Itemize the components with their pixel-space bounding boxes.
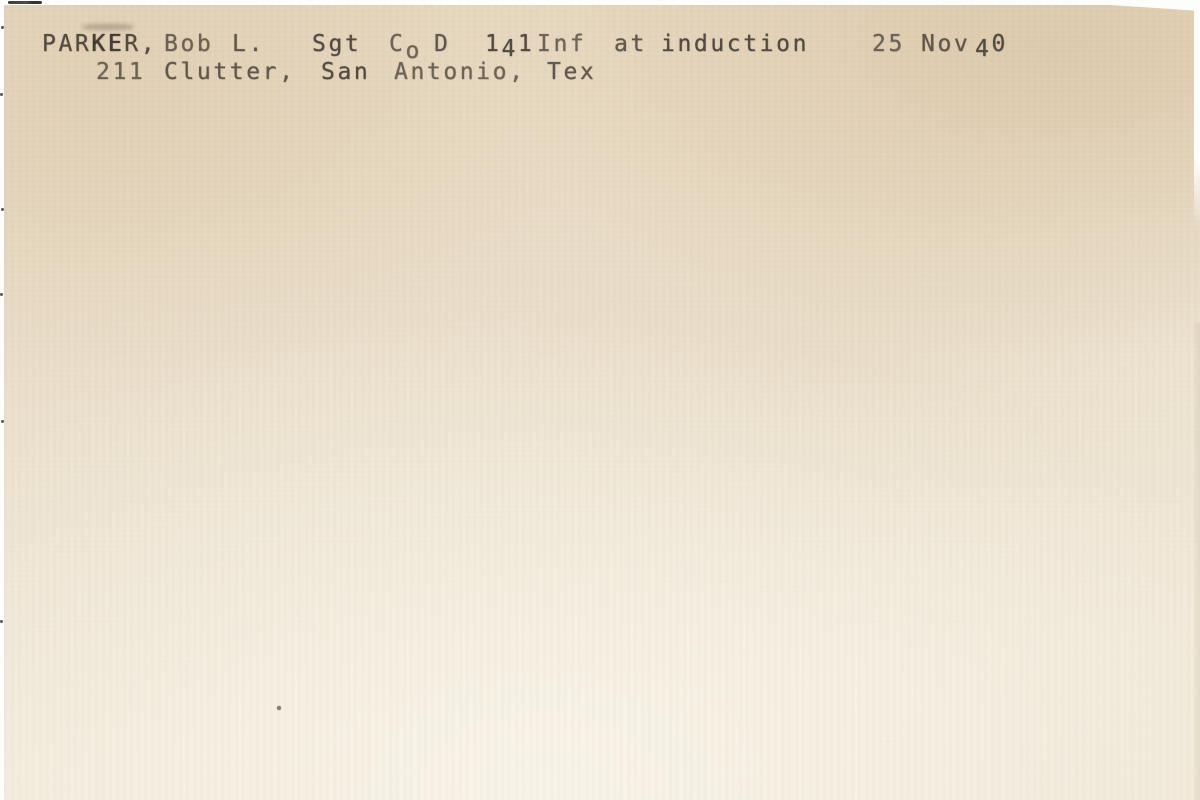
typewritten-word: induction [661, 33, 809, 56]
scan-edge-speck [0, 293, 3, 296]
typewritten-word: 211 [96, 61, 145, 84]
typewritten-word: D [434, 33, 450, 56]
typewritten-word: Sgt [312, 33, 361, 56]
typewritten-char: P [42, 33, 58, 56]
typewritten-word: 40 [975, 33, 1008, 56]
typewritten-word: 141 [485, 33, 534, 56]
scan-edge-speck [0, 620, 3, 623]
typewritten-char: A [58, 33, 74, 56]
typewritten-char: K [91, 33, 107, 56]
typewritten-char: 0 [991, 33, 1007, 56]
typewritten-char: 1 [518, 33, 534, 56]
typewritten-word: Bob [164, 33, 213, 56]
scan-edge-speck [0, 93, 3, 96]
scan-edge-speck [1, 208, 4, 211]
typewritten-word: Antonio, [394, 61, 526, 84]
typewritten-word: Co [389, 33, 422, 56]
typewritten-word: Tex [547, 61, 596, 84]
ink-smudge [82, 24, 134, 30]
typewritten-char: 4 [501, 38, 517, 61]
index-card: PARKER,BobL.SgtCoD141Infatinduction25Nov… [4, 5, 1200, 800]
typewritten-char: C [389, 33, 405, 56]
paper-speck [277, 706, 281, 710]
typewritten-word: at [614, 33, 647, 56]
scanner-background: PARKER,BobL.SgtCoD141Infatinduction25Nov… [0, 0, 1200, 800]
typewritten-char: E [108, 33, 124, 56]
typewritten-word: Inf [537, 33, 586, 56]
typewritten-word: San [321, 61, 370, 84]
typewritten-char: R [124, 33, 140, 56]
typewritten-word: Clutter, [164, 61, 296, 84]
scan-edge-speck [1, 26, 4, 29]
typewritten-char: 4 [975, 38, 991, 61]
typewritten-char: , [141, 33, 157, 56]
typewritten-word: L. [232, 33, 265, 56]
typewritten-char: R [75, 33, 91, 56]
scan-edge-mark [8, 1, 42, 4]
typewritten-char: 1 [485, 33, 501, 56]
typewritten-text: PARKER,BobL.SgtCoD141Infatinduction25Nov… [4, 5, 1200, 800]
typewritten-word: 25 [872, 33, 905, 56]
typewritten-word: PARKER, [42, 33, 157, 56]
typewritten-word: Nov [921, 33, 970, 56]
scan-edge-speck [1, 420, 4, 423]
